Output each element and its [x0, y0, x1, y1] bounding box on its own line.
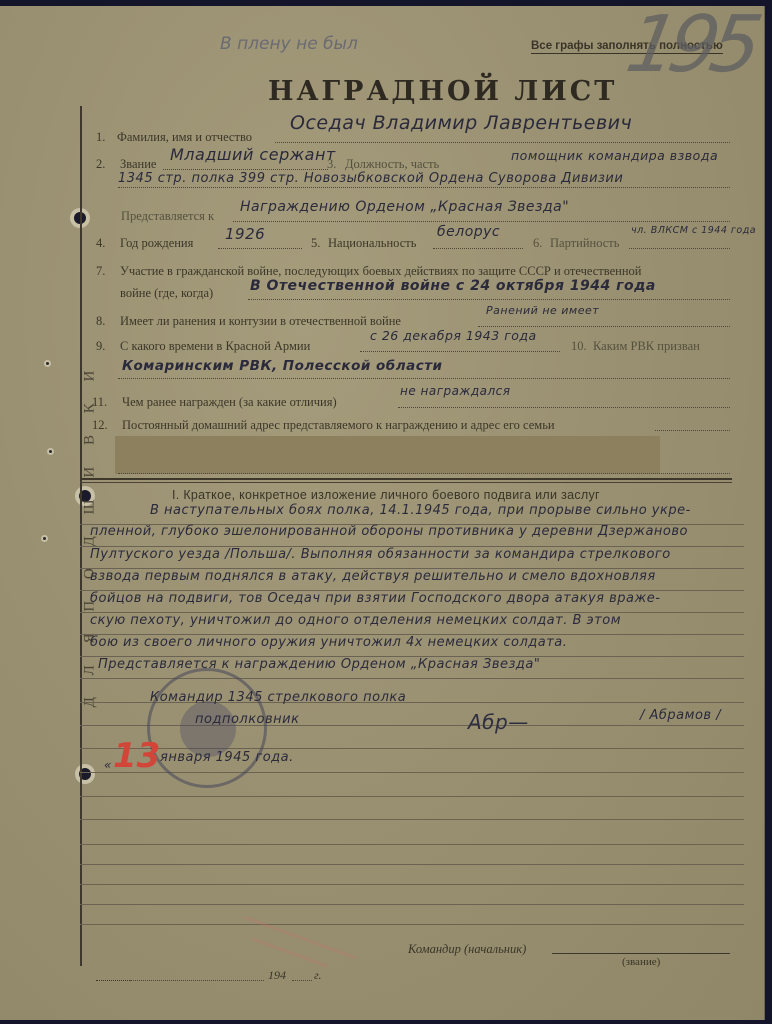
field-2-number: 2.	[96, 157, 105, 172]
field-7-underline	[248, 299, 730, 300]
field-10-value: Комаринским РВК, Полесской области	[122, 358, 443, 374]
narrative-line: бою из своего личного оружия уничтожил 4…	[90, 635, 567, 650]
pencil-note: В плену не был	[220, 34, 358, 54]
date-day-blank	[96, 980, 130, 981]
field-11-label: Чем ранее награжден (за какие отличия)	[122, 395, 337, 410]
field-3-label: Должность, часть	[345, 157, 439, 172]
field-5-value: белорус	[437, 224, 500, 240]
field-12-label: Постоянный домашний адрес представляемог…	[122, 418, 555, 433]
field-10-underline	[118, 378, 730, 379]
field-3-value-continued: 1345 стр. полка 399 стр. Новозыбковской …	[118, 171, 623, 186]
signer-rank: подполковник	[195, 712, 299, 727]
field-9-number: 9.	[96, 339, 105, 354]
ruled-line	[80, 819, 744, 820]
date-year-prefix: 194	[268, 968, 286, 983]
pin-mark	[43, 537, 46, 540]
field-1-underline	[275, 142, 730, 143]
award-sheet: Д Л Я П О Д Ш И В К И В плену не был Все…	[0, 6, 765, 1020]
date-year-blank	[292, 980, 312, 981]
stamp-emblem	[180, 701, 236, 757]
address-redaction	[115, 436, 660, 474]
document-title: НАГРАДНОЙ ЛИСТ	[268, 76, 617, 107]
field-6-underline	[629, 248, 730, 249]
field-3-underline	[118, 187, 730, 188]
narrative-line: бойцов на подвиги, тов Оседач при взятии…	[90, 591, 660, 606]
presented-for-label: Представляется к	[121, 209, 214, 224]
ruled-line	[80, 924, 744, 925]
ruled-line	[80, 904, 744, 905]
field-12-underline-2	[118, 473, 730, 474]
presented-for-underline	[233, 221, 730, 222]
field-8-number: 8.	[96, 314, 105, 329]
rank-caption: (звание)	[622, 956, 660, 968]
red-ink-smudge	[243, 916, 357, 960]
field-7-value: В Отечественной войне с 24 октября 1944 …	[250, 278, 656, 294]
narrative-line: В наступательных боях полка, 14.1.1945 г…	[150, 503, 691, 518]
signer-name: / Абрамов /	[640, 708, 721, 723]
field-5-label: Национальность	[328, 236, 416, 251]
field-4-underline	[218, 248, 302, 249]
field-8-underline	[478, 326, 730, 327]
field-4-number: 4.	[96, 236, 105, 251]
date-day-red: 13	[113, 736, 160, 776]
field-4-value: 1926	[225, 225, 265, 243]
ruled-line	[80, 884, 744, 885]
field-2-underline	[163, 169, 328, 170]
field-6-number: 6.	[533, 236, 542, 251]
signer-title: Командир 1345 стрелкового полка	[150, 690, 406, 705]
commander-label: Командир (начальник)	[408, 942, 526, 957]
signature: Абр—	[468, 710, 529, 734]
field-3-value: помощник командира взвода	[511, 148, 718, 163]
field-9-value: с 26 декабря 1943 года	[370, 328, 537, 343]
field-2-label: Звание	[120, 157, 156, 172]
field-9-label: С какого времени в Красной Армии	[120, 339, 310, 354]
field-1-value: Оседач Владимир Лаврентьевич	[290, 112, 632, 134]
field-6-value: чл. ВЛКСМ с 1944 года	[631, 225, 756, 236]
narrative-line: пленной, глубоко эшелонированной обороны…	[90, 524, 688, 539]
field-12-number: 12.	[92, 418, 108, 433]
pin-mark	[46, 362, 49, 365]
field-4-label: Год рождения	[120, 236, 193, 251]
field-1-number: 1.	[96, 130, 105, 145]
date-month-year: января 1945 года.	[160, 750, 294, 765]
field-11-underline	[398, 407, 730, 408]
pin-mark	[49, 450, 52, 453]
field-8-value: Ранений не имеет	[486, 304, 599, 317]
ruled-line	[80, 844, 744, 845]
section1-heading: I. Краткое, конкретное изложение личного…	[172, 488, 600, 502]
field-7-label-continued: войне (где, когда)	[120, 286, 213, 301]
narrative-line: Представляется к награждению Орденом „Кр…	[98, 657, 540, 672]
ruled-line	[80, 796, 744, 797]
archive-number: 195	[620, 0, 761, 90]
narrative-line: Пултуского уезда /Польша/. Выполняя обяз…	[90, 547, 671, 562]
date-year-suffix: г.	[314, 968, 322, 983]
field-8-label: Имеет ли ранения и контузии в отечествен…	[120, 314, 401, 329]
section-divider	[80, 478, 732, 480]
field-5-number: 5.	[311, 236, 320, 251]
field-2-value: Младший сержант	[170, 145, 336, 164]
field-3-number: 3.	[327, 157, 336, 172]
field-11-number: 11.	[92, 395, 107, 410]
narrative-line: скую пехоту, уничтожил до одного отделен…	[90, 613, 621, 628]
field-9-underline	[360, 351, 560, 352]
field-1-label: Фамилия, имя и отчество	[117, 130, 252, 145]
narrative-line: взвода первым поднялся в атаку, действуя…	[90, 569, 656, 584]
field-7-label: Участие в гражданской войне, последующих…	[120, 264, 641, 279]
field-10-number: 10.	[571, 339, 587, 354]
field-6-label: Партийность	[550, 236, 619, 251]
presented-for-value: Награждению Орденом „Красная Звезда"	[240, 199, 569, 215]
section-divider-2	[80, 482, 732, 483]
date-quote-mark: «	[104, 758, 112, 772]
field-5-underline	[433, 248, 523, 249]
date-month-blank	[130, 980, 264, 981]
field-7-number: 7.	[96, 264, 105, 279]
field-10-label: Каким РВК призван	[593, 339, 700, 354]
official-stamp	[147, 668, 267, 788]
field-12-underline	[655, 430, 730, 431]
commander-signature-line	[552, 953, 730, 954]
ruled-line	[80, 864, 744, 865]
field-11-value: не награждался	[400, 384, 510, 398]
